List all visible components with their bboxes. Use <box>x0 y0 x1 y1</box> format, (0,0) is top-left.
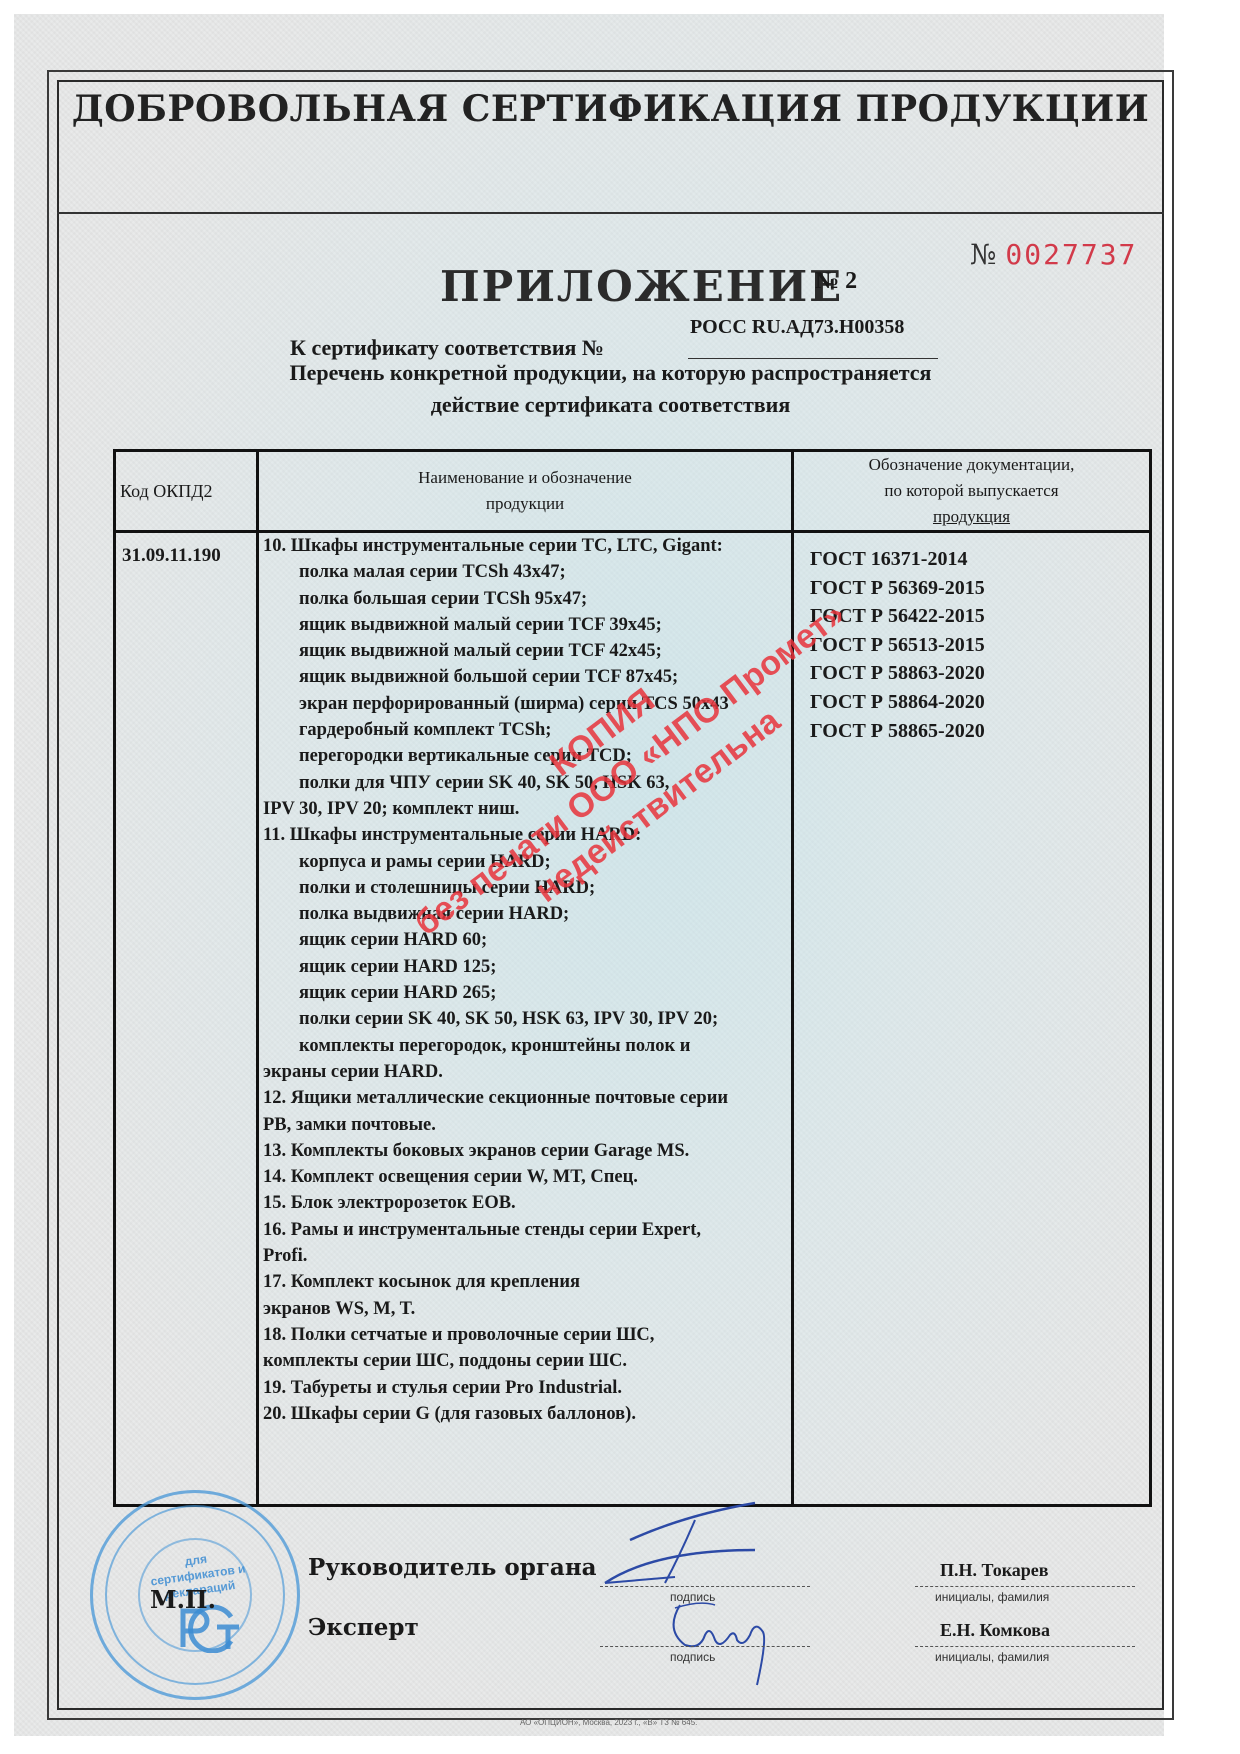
name-caption: инициалы, фамилия <box>935 1590 1049 1604</box>
header-documentation: Обозначение документации, по которой вып… <box>793 451 1151 532</box>
product-line: ящик серии HARD 60; <box>263 927 791 953</box>
product-line: полки и столешницы серии HARD; <box>263 875 791 901</box>
product-line: гардеробный комплект TCSh; <box>263 717 791 743</box>
product-line: 13. Комплекты боковых экранов серии Gara… <box>263 1138 791 1164</box>
standard-item: ГОСТ Р 56422-2015 <box>810 602 1149 631</box>
certificate-number-line <box>688 358 938 359</box>
product-line: ящик выдвижной малый серии TCF 42x45; <box>263 638 791 664</box>
product-line: 18. Полки сетчатые и проволочные серии Ш… <box>263 1322 791 1348</box>
signature-caption: подпись <box>670 1590 715 1604</box>
product-line: 16. Рамы и инструментальные стенды серии… <box>263 1217 791 1243</box>
product-line: ящик выдвижной большой серии TCF 87x45; <box>263 664 791 690</box>
seal-place-label: М.П. <box>150 1585 216 1614</box>
product-line: полка малая серии TCSh 43x47; <box>263 559 791 585</box>
product-line: 11. Шкафы инструментальные серии HARD: <box>263 822 791 848</box>
standard-item: ГОСТ 16371-2014 <box>810 545 1149 574</box>
product-line: полка большая серии TCSh 95x47; <box>263 586 791 612</box>
product-line: полки для ЧПУ серии SK 40, SK 50, HSK 63… <box>263 770 791 796</box>
standards-list: ГОСТ 16371-2014ГОСТ Р 56369-2015ГОСТ Р 5… <box>793 532 1151 1506</box>
header-docs-line: Обозначение документации, <box>794 452 1149 478</box>
product-line: корпуса и рамы серии HARD; <box>263 849 791 875</box>
head-name: П.Н. Токарев <box>940 1560 1049 1581</box>
okpd2-code: 31.09.11.190 <box>115 532 258 1506</box>
product-line: комплекты перегородок, кронштейны полок … <box>263 1033 791 1059</box>
serial-value: 0027737 <box>1005 238 1137 271</box>
product-line: экранов WS, M, T. <box>263 1296 791 1322</box>
products-table: Код ОКПД2 Наименование и обозначение про… <box>113 449 1152 1507</box>
product-line: 19. Табуреты и стулья серии Pro Industri… <box>263 1375 791 1401</box>
head-signature-line <box>600 1586 810 1587</box>
standard-item: ГОСТ Р 58865-2020 <box>810 717 1149 746</box>
standard-item: ГОСТ Р 56369-2015 <box>810 574 1149 603</box>
expert-role-label: Эксперт <box>308 1614 419 1641</box>
product-line: 17. Комплект косынок для крепления <box>263 1269 791 1295</box>
product-line: 15. Блок электророзеток EOB. <box>263 1190 791 1216</box>
standard-item: ГОСТ Р 58864-2020 <box>810 688 1149 717</box>
table-row: 31.09.11.190 10. Шкафы инструментальные … <box>115 532 1151 1506</box>
list-title-line-1: Перечень конкретной продукции, на котору… <box>57 360 1164 386</box>
head-signature <box>595 1495 795 1595</box>
list-title-line-2: действие сертификата соответствия <box>57 392 1164 418</box>
appendix-title: ПРИЛОЖЕНИЕ <box>440 262 843 311</box>
header-divider <box>57 212 1164 214</box>
standard-item: ГОСТ Р 56513-2015 <box>810 631 1149 660</box>
printer-imprint: АО «ОПЦИОН», Москва, 2023 г., «В» Т3 № 6… <box>520 1718 697 1727</box>
product-line: IPV 30, IPV 20; комплект ниш. <box>263 796 791 822</box>
expert-name-line <box>915 1646 1135 1647</box>
product-line: ящик серии HARD 265; <box>263 980 791 1006</box>
product-line: полка выдвижная серии HARD; <box>263 901 791 927</box>
product-line: комплекты серии ШС, поддоны серии ШС. <box>263 1348 791 1374</box>
product-line: полки серии SK 40, SK 50, HSK 63, IPV 30… <box>263 1006 791 1032</box>
product-line: ящик выдвижной малый серии TCF 39x45; <box>263 612 791 638</box>
head-name-line <box>915 1586 1135 1587</box>
header-name-line: Наименование и обозначение <box>259 465 791 491</box>
header-docs-line: продукция <box>794 504 1149 530</box>
document-header-title: ДОБРОВОЛЬНАЯ СЕРТИФИКАЦИЯ ПРОДУКЦИИ <box>57 88 1164 130</box>
signature-caption: подпись <box>670 1650 715 1664</box>
product-line: PB, замки почтовые. <box>263 1112 791 1138</box>
product-line: 12. Ящики металлические секционные почто… <box>263 1085 791 1111</box>
header-product-name: Наименование и обозначение продукции <box>258 451 793 532</box>
product-line: ящик серии HARD 125; <box>263 954 791 980</box>
head-role-label: Руководитель органа <box>308 1554 597 1581</box>
form-serial-number: № 0027737 <box>970 238 1137 271</box>
standard-item: ГОСТ Р 58863-2020 <box>810 659 1149 688</box>
product-line: 14. Комплект освещения серии W, MT, Спец… <box>263 1164 791 1190</box>
product-list: 10. Шкафы инструментальные серии TC, LTC… <box>258 532 793 1506</box>
header-code: Код ОКПД2 <box>115 451 258 532</box>
certificate-reference: РОСС RU.АД73.Н00358 <box>690 316 904 339</box>
expert-name: Е.Н. Комкова <box>940 1620 1050 1641</box>
header-name-line: продукции <box>259 491 791 517</box>
product-line: экраны серии HARD. <box>263 1059 791 1085</box>
appendix-number: № 2 <box>815 268 857 295</box>
name-caption: инициалы, фамилия <box>935 1650 1049 1664</box>
product-line: 10. Шкафы инструментальные серии TC, LTC… <box>263 533 791 559</box>
table-header-row: Код ОКПД2 Наименование и обозначение про… <box>115 451 1151 532</box>
certificate-label: К сертификату соответствия № <box>290 335 604 361</box>
product-line: экран перфорированный (ширма) серии TCS … <box>263 691 791 717</box>
number-sign: № <box>970 238 997 271</box>
product-line: Profi. <box>263 1243 791 1269</box>
product-line: перегородки вертикальные серии TCD; <box>263 743 791 769</box>
expert-signature-line <box>600 1646 810 1647</box>
expert-signature <box>655 1590 795 1690</box>
product-line: 20. Шкафы серии G (для газовых баллонов)… <box>263 1401 791 1427</box>
header-docs-line: по которой выпускается <box>794 478 1149 504</box>
